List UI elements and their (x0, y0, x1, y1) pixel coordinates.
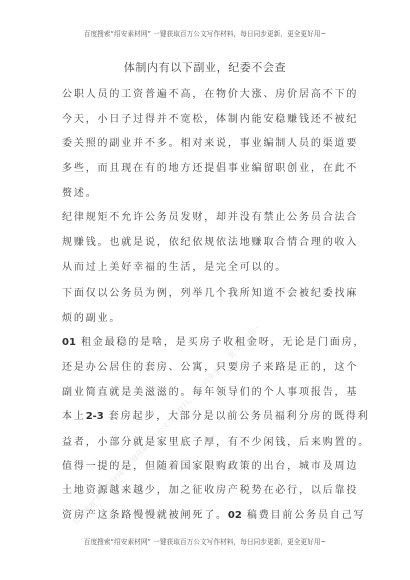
body-line: 委关照的副业并不多。相对来说，事业编制人员的渠道要 (62, 136, 358, 152)
body-line: 纪律规矩不允许公务员发财，却并没有禁止公务员合法合 (62, 210, 358, 226)
body-line: 还是办公居住的套房、公寓，只要房子来路是正的，这个 (62, 360, 358, 376)
body-line: 规赚钱。也就是说，依纪依规依法地赚取合情合理的收入 (62, 235, 358, 251)
body-line: 本上2-3 套房起步，大部分是以前公务员福利分房的既得利 (62, 409, 370, 425)
body-line: 多些，而且现在有的地方还提倡事业编留职创业，在此不 (62, 161, 358, 177)
body-line: 益者，小部分就是家里底子厚，有不少闲钱，后来购置的。 (62, 435, 370, 451)
body-line: 01 租金最稳的是啥，是买房子收租金呀，无论是门面房， (62, 335, 365, 351)
body-line: 值得一提的是，但随着国家限购政策的出台，城市及周边 (62, 459, 358, 475)
body-line: 资房产这条路慢慢就被闸死了。02 稿费目前公务员自己写 (62, 508, 365, 524)
body-line: 赘述。 (62, 186, 98, 202)
number-range: 2-3 (86, 411, 104, 422)
footer-banner: 百度搜索“绍安素材网” 一键获取百万公文写作材料，每日同步更新，更全更好用~ (0, 536, 410, 546)
header-banner: 百度搜索“绍安素材网” 一键获取百万公文写作材料，每日同步更新，更全更好用~ (0, 28, 410, 38)
body-line: 副业简直就是美滋滋的。每年领导们的个人事项报告，基 (62, 385, 358, 401)
body-line: 今天，小日子过得并不宽松，体制内能安稳赚钱还不被纪 (62, 112, 358, 128)
section-number: 01 (62, 337, 76, 348)
document-title: 体制内有以下副业，纪委不会查 (0, 59, 410, 75)
body-line: 土地资源越来越少，加之征收房产税势在必行，以后靠投 (62, 483, 358, 499)
body-line: 公职人员的工资普遍不高，在物价大涨、房价居高不下的 (62, 87, 358, 103)
body-line: 从而过上美好幸福的生活，是完全可以的。 (62, 260, 287, 276)
document-page: 百度搜索“绍安素材网” 一键获取百万公文写作材料，每日同步更新，更全更好用~ 百… (0, 0, 410, 580)
body-line: 烦的副业。 (62, 311, 121, 327)
section-number: 02 (228, 510, 242, 521)
body-line: 下面仅以公务员为例，列举几个我所知道不会被纪委找麻 (62, 286, 358, 302)
